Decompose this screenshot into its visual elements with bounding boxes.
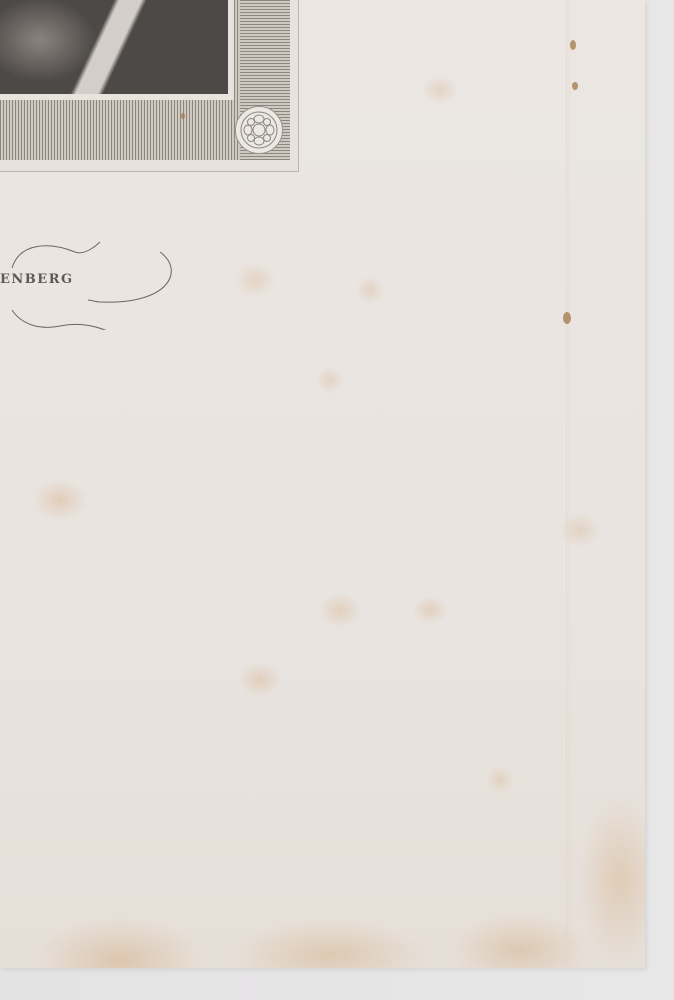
print-paper-sheet: ENBERG: [0, 0, 645, 968]
paper-fold-line: [566, 0, 570, 968]
rosette-ornament-icon: [235, 106, 283, 154]
foxing-spot: [572, 82, 578, 90]
caption-text: ENBERG: [0, 272, 74, 287]
foxing-spot: [570, 40, 576, 50]
foxing-spot: [563, 312, 571, 324]
name-cartouche: ENBERG: [0, 230, 180, 330]
portrait-engraving: [0, 0, 234, 100]
foxing-spot: [181, 113, 185, 119]
engraving-plate: [0, 0, 299, 172]
